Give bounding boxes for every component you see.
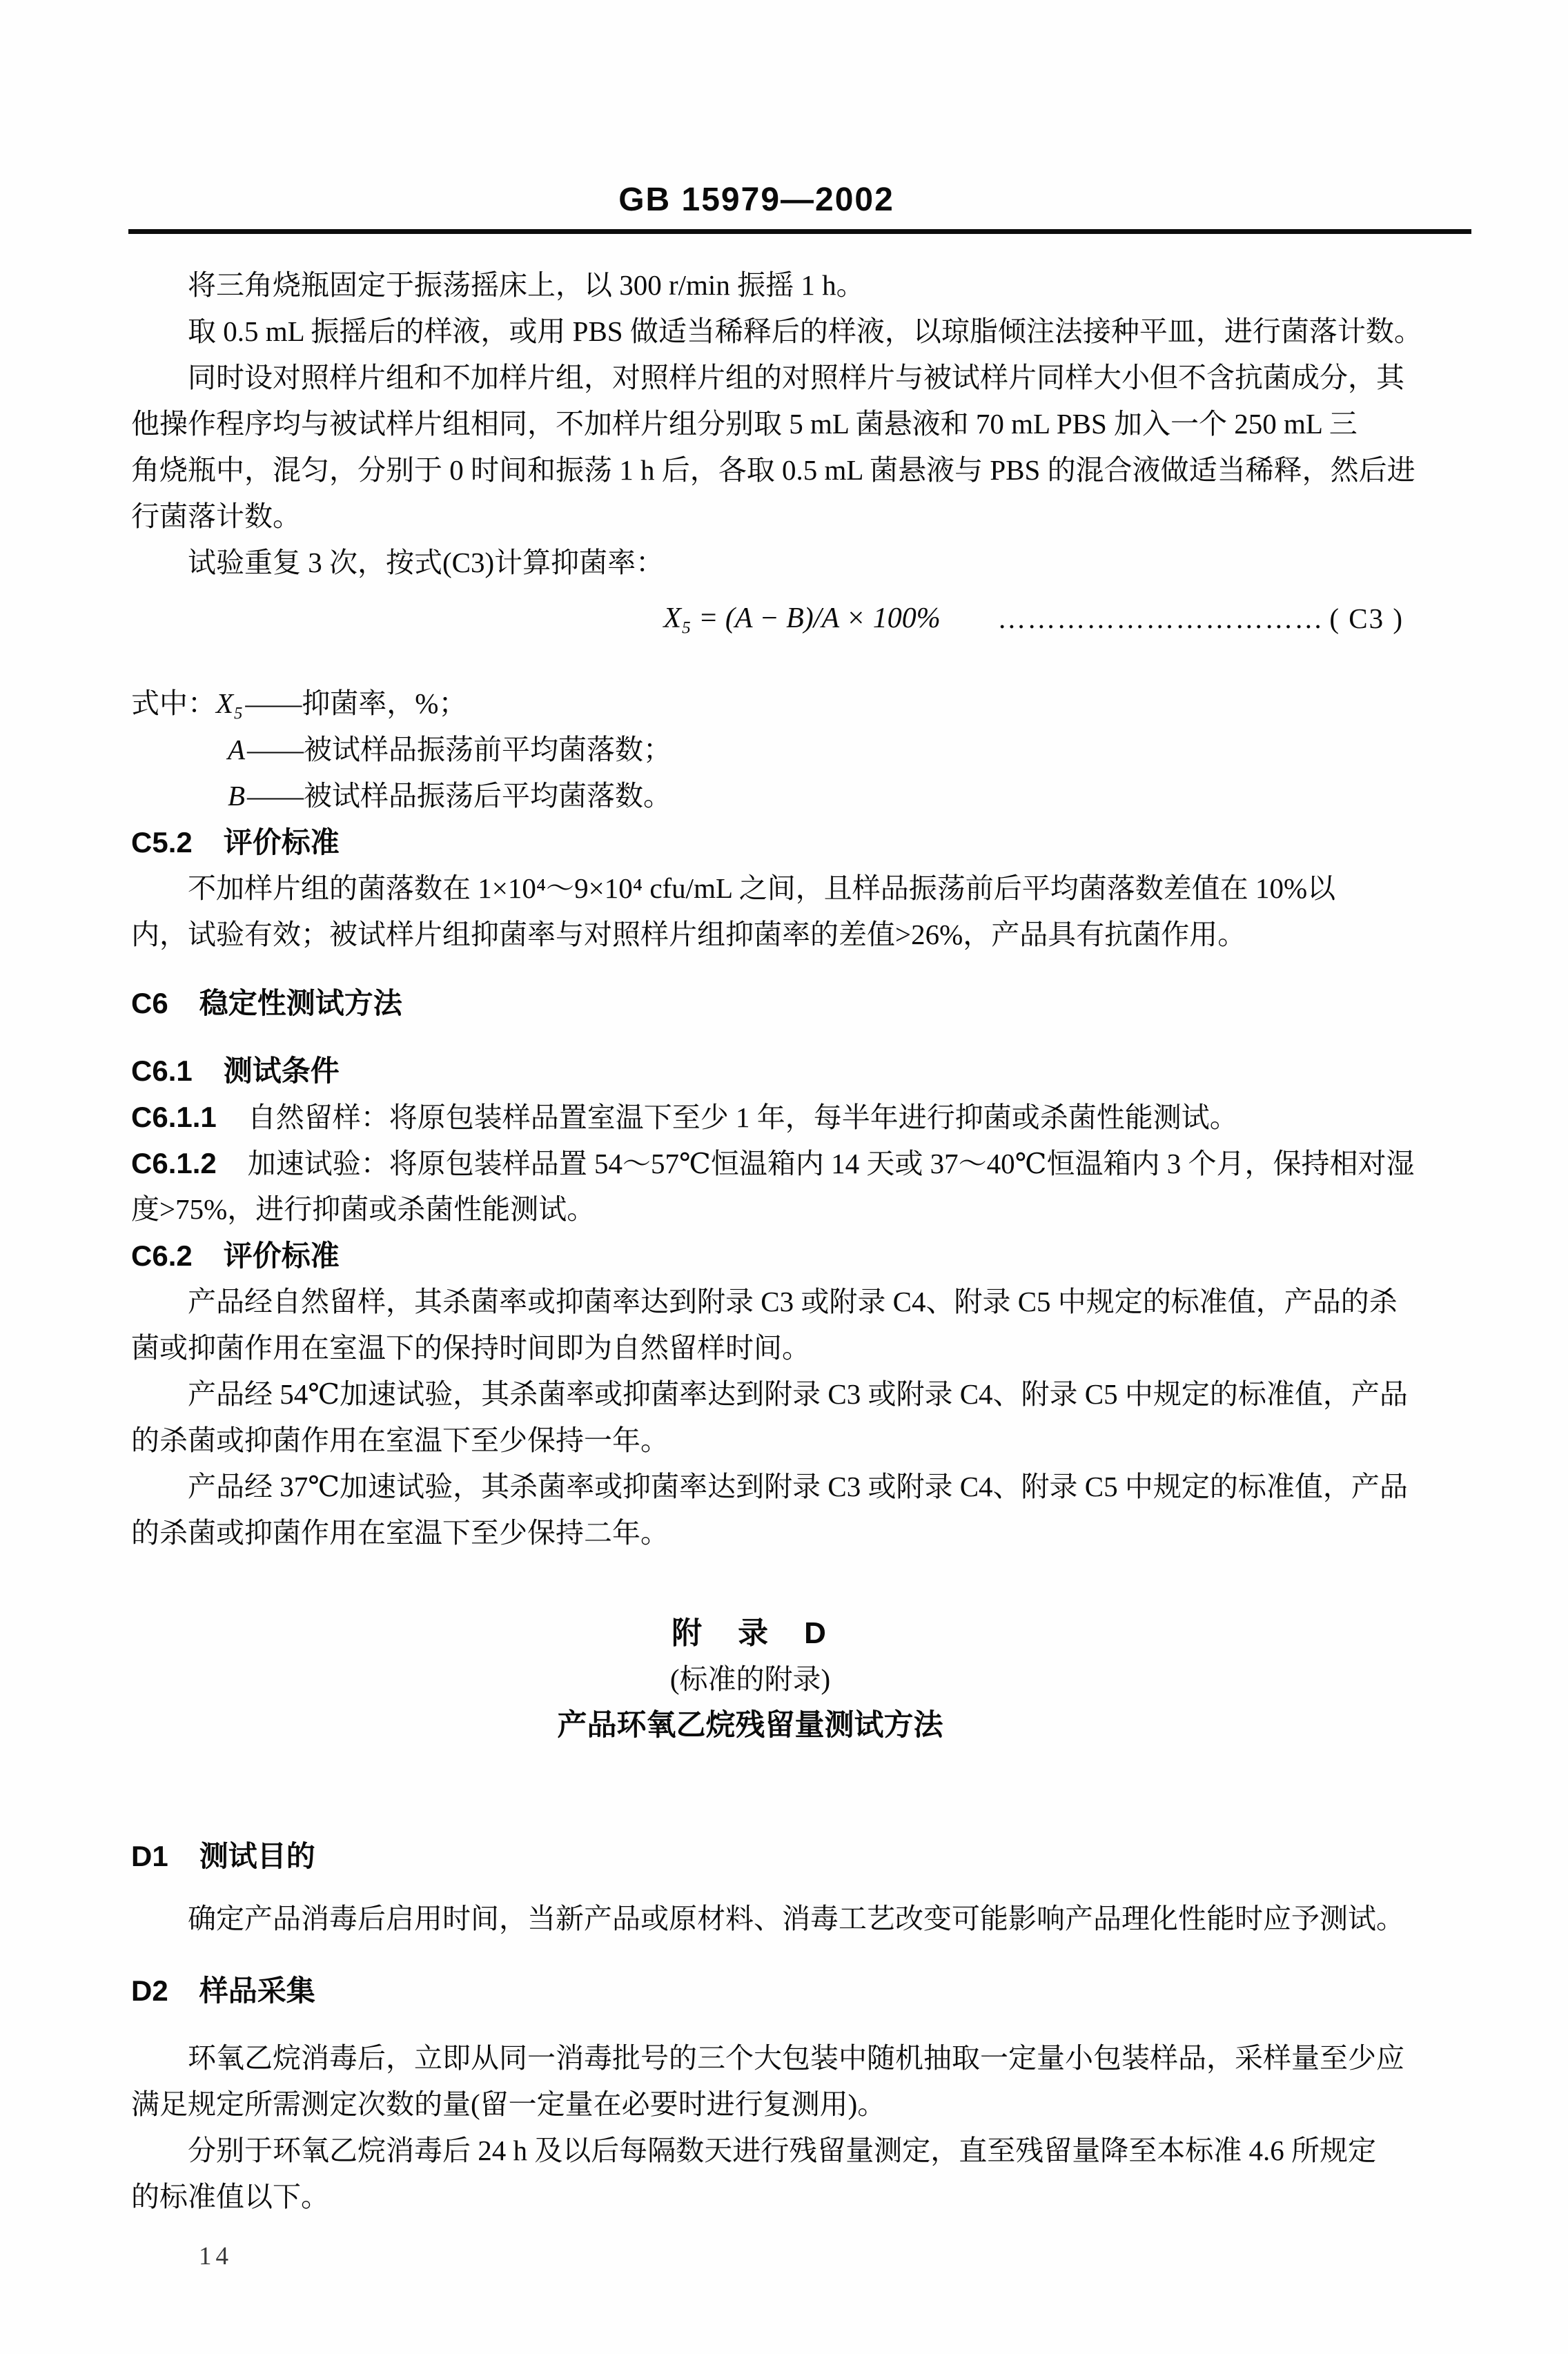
section-number: C6	[131, 987, 168, 1019]
section-number: C6.2	[131, 1239, 193, 1272]
paragraph-line: 他操作程序均与被试样片组相同，不加样片组分别取 5 mL 菌悬液和 70 mL …	[131, 401, 1473, 447]
section-heading-d1: D1测试目的	[131, 1833, 1473, 1879]
standard-number: GB 15979—2002	[0, 181, 1568, 219]
paragraph-line: 满足规定所需测定次数的量(留一定量在必要时进行复测用)。	[131, 2081, 1473, 2128]
appendix-d-subtitle: (标准的附录)	[131, 1656, 1473, 1703]
paragraph-line: 的标准值以下。	[131, 2174, 1473, 2220]
section-heading-c62: C6.2评价标准	[131, 1233, 1473, 1279]
section-number: C6.1.1	[131, 1101, 217, 1133]
paragraph-line: 的杀菌或抑菌作用在室温下至少保持一年。	[131, 1418, 1473, 1464]
where-definition: ——被试样品振荡前平均菌落数；	[247, 734, 672, 765]
appendix-d-title: 附 录 D	[131, 1610, 1473, 1656]
section-heading-d2: D2样品采集	[131, 1968, 1473, 2014]
section-title: 测试目的	[199, 1840, 315, 1872]
where-lead: 式中：	[131, 687, 216, 719]
where-definition: ——被试样品振荡后平均菌落数。	[247, 780, 672, 812]
paragraph-line: 产品经 37℃加速试验，其杀菌率或抑菌率达到附录 C3 或附录 C4、附录 C5…	[131, 1464, 1473, 1510]
variable-a: A	[228, 734, 247, 765]
where-clause-a: A——被试样品振荡前平均菌落数；	[131, 727, 1473, 773]
clause-text: 自然留样：将原包装样品置室温下至少 1 年，每半年进行抑菌或杀菌性能测试。	[248, 1101, 1238, 1133]
section-number: C6.1	[131, 1055, 193, 1087]
document-page: GB 15979—2002 将三角烧瓶固定于振荡摇床上，以 300 r/min …	[0, 0, 1568, 2354]
section-number: D2	[131, 1974, 168, 2007]
paragraph-line: 产品经 54℃加速试验，其杀菌率或抑菌率达到附录 C3 或附录 C4、附录 C5…	[131, 1371, 1473, 1418]
section-title: 稳定性测试方法	[199, 987, 402, 1019]
where-clause-b: B——被试样品振荡后平均菌落数。	[131, 773, 1473, 819]
paragraph-line: 将三角烧瓶固定于振荡摇床上，以 300 r/min 振摇 1 h。	[131, 262, 1473, 308]
section-heading-c61: C6.1测试条件	[131, 1048, 1473, 1094]
section-number: D1	[131, 1840, 168, 1872]
where-clause-x: 式中：X₅——抑菌率，%；	[131, 680, 1473, 727]
section-title: 测试条件	[224, 1055, 340, 1087]
paragraph-line: 的杀菌或抑菌作用在室温下至少保持二年。	[131, 1510, 1473, 1556]
appendix-d-name: 产品环氧乙烷残留量测试方法	[131, 1703, 1473, 1749]
paragraph-line: 同时设对照样片组和不加样片组，对照样片组的对照样片与被试样片同样大小但不含抗菌成…	[131, 355, 1473, 401]
clause-c611: C6.1.1自然留样：将原包装样品置室温下至少 1 年，每半年进行抑菌或杀菌性能…	[131, 1094, 1473, 1140]
paragraph-line: 环氧乙烷消毒后，立即从同一消毒批号的三个大包装中随机抽取一定量小包装样品，采样量…	[131, 2035, 1473, 2081]
paragraph-line: 分别于环氧乙烷消毒后 24 h 及以后每隔数天进行残留量测定，直至残留量降至本标…	[131, 2128, 1473, 2174]
where-definition: ——抑菌率，%；	[245, 687, 467, 719]
section-heading-c52: C5.2评价标准	[131, 819, 1473, 865]
paragraph-line: 菌或抑菌作用在室温下的保持时间即为自然留样时间。	[131, 1325, 1473, 1371]
section-number: C5.2	[131, 826, 193, 859]
clause-c612: C6.1.2加速试验：将原包装样品置 54～57℃恒温箱内 14 天或 37～4…	[131, 1140, 1473, 1186]
section-heading-c6: C6稳定性测试方法	[131, 980, 1473, 1026]
variable-x5: X₅	[216, 687, 245, 719]
paragraph-line: 试验重复 3 次，按式(C3)计算抑菌率：	[131, 540, 1473, 586]
paragraph-line: 角烧瓶中，混匀，分别于 0 时间和振荡 1 h 后，各取 0.5 mL 菌悬液与…	[131, 447, 1473, 493]
clause-text: 加速试验：将原包装样品置 54～57℃恒温箱内 14 天或 37～40℃恒温箱内…	[248, 1148, 1415, 1179]
formula-label: ( C3 )	[1329, 602, 1404, 634]
section-title: 样品采集	[199, 1974, 315, 2007]
formula-dotted-leader: ……………………………	[997, 602, 1324, 634]
paragraph-line: 产品经自然留样，其杀菌率或抑菌率达到附录 C3 或附录 C4、附录 C5 中规定…	[131, 1279, 1473, 1325]
page-number: 14	[199, 2242, 233, 2271]
formula-reference: ……………………………( C3 )	[997, 596, 1404, 642]
formula-c3: X₅ = (A − B)/A × 100% ……………………………( C3 )	[131, 596, 1473, 642]
paragraph-line: 行菌落计数。	[131, 493, 1473, 540]
section-number: C6.1.2	[131, 1147, 217, 1179]
variable-b: B	[228, 780, 247, 812]
section-title: 评价标准	[224, 1239, 340, 1272]
paragraph-line: 度>75%，进行抑菌或杀菌性能测试。	[131, 1186, 1473, 1233]
paragraph-line: 确定产品消毒后启用时间，当新产品或原材料、消毒工艺改变可能影响产品理化性能时应予…	[131, 1896, 1473, 1942]
section-title: 评价标准	[224, 826, 340, 859]
paragraph-line: 取 0.5 mL 振摇后的样液，或用 PBS 做适当稀释后的样液，以琼脂倾注法接…	[131, 308, 1473, 355]
paragraph-line: 内，试验有效；被试样片组抑菌率与对照样片组抑菌率的差值>26%，产品具有抗菌作用…	[131, 912, 1473, 958]
formula-expression: X₅ = (A − B)/A × 100%	[663, 596, 940, 642]
paragraph-line: 不加样片组的菌落数在 1×10⁴～9×10⁴ cfu/mL 之间，且样品振荡前后…	[131, 865, 1473, 912]
header-rule	[128, 229, 1471, 234]
document-body: 将三角烧瓶固定于振荡摇床上，以 300 r/min 振摇 1 h。 取 0.5 …	[131, 262, 1473, 2220]
